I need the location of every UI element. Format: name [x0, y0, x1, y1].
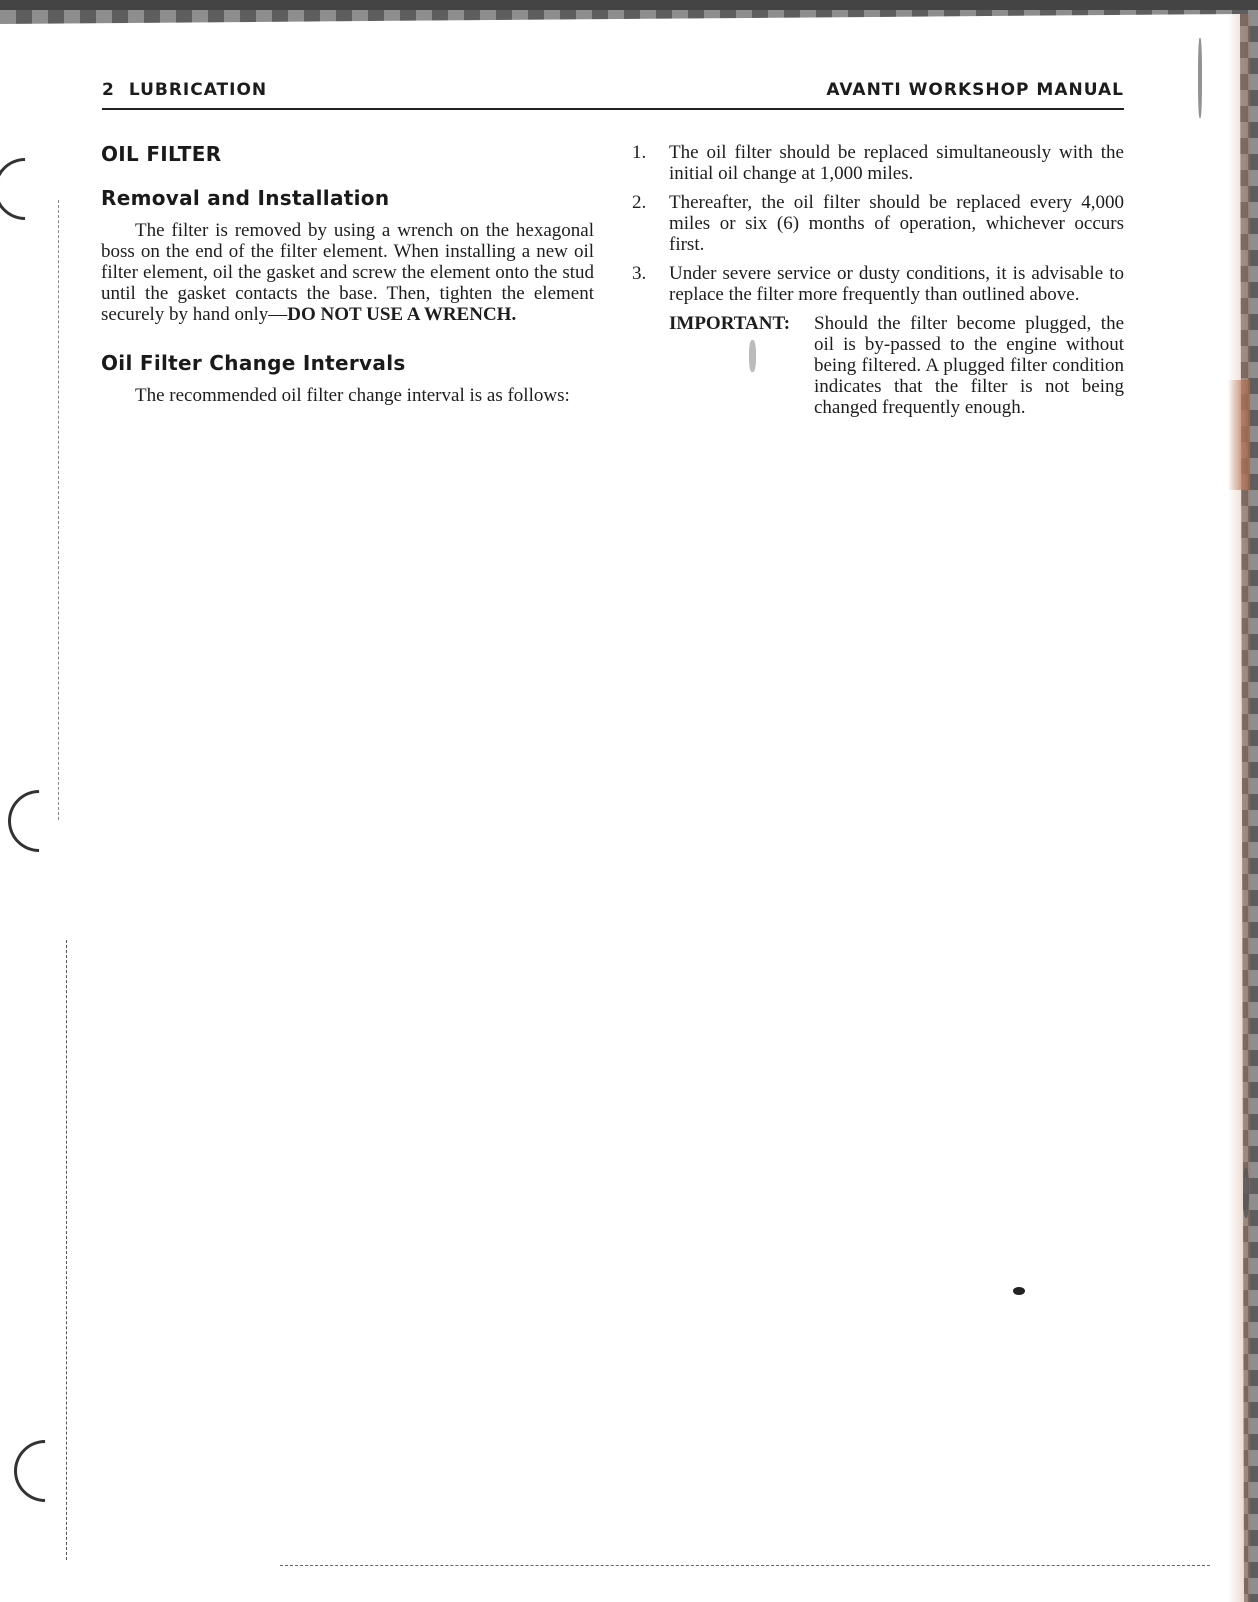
left-margin-mark-lower — [66, 940, 67, 1560]
important-text: Should the filter become plugged, the oi… — [814, 313, 1124, 418]
subheading-removal: Removal and Installation — [101, 186, 594, 210]
page-edge-stain-dark — [1228, 380, 1250, 490]
removal-paragraph: The filter is removed by using a wrench … — [101, 220, 594, 325]
step-text: The oil filter should be replaced simult… — [669, 142, 1124, 184]
header-section: 2LUBRICATION — [102, 80, 267, 100]
bottom-rule-mark — [280, 1565, 1210, 1566]
step-number: 2. — [632, 192, 646, 213]
list-item: 2.Thereafter, the oil filter should be r… — [632, 192, 1124, 255]
intervals-paragraph: The recommended oil filter change interv… — [101, 385, 594, 406]
page-header: 2LUBRICATION AVANTI WORKSHOP MANUAL — [102, 78, 1124, 110]
subheading-intervals: Oil Filter Change Intervals — [101, 351, 594, 375]
manual-title: AVANTI WORKSHOP MANUAL — [826, 80, 1124, 100]
step-text: Under severe service or dusty conditions… — [669, 263, 1124, 305]
page-edge-stain — [1228, 14, 1250, 1602]
interval-steps: 1.The oil filter should be replaced simu… — [632, 142, 1124, 305]
step-number: 1. — [632, 142, 646, 163]
left-margin-mark — [58, 200, 59, 820]
right-column: 1.The oil filter should be replaced simu… — [632, 142, 1124, 418]
step-text: Thereafter, the oil filter should be rep… — [669, 192, 1124, 255]
section-heading-oil-filter: OIL FILTER — [101, 142, 594, 166]
page-number: 2 — [102, 80, 115, 100]
ink-spot — [1013, 1287, 1025, 1295]
left-column: OIL FILTER Removal and Installation The … — [101, 142, 594, 424]
important-note: IMPORTANT: Should the filter become plug… — [632, 313, 1124, 418]
section-title: LUBRICATION — [129, 80, 267, 100]
step-number: 3. — [632, 263, 646, 284]
ink-smudge — [1198, 38, 1202, 118]
list-item: 3.Under severe service or dusty conditio… — [632, 263, 1124, 305]
important-label: IMPORTANT: — [669, 313, 790, 334]
ink-smudge — [1243, 1168, 1249, 1218]
removal-warning: DO NOT USE A WRENCH. — [287, 304, 516, 325]
list-item: 1.The oil filter should be replaced simu… — [632, 142, 1124, 184]
